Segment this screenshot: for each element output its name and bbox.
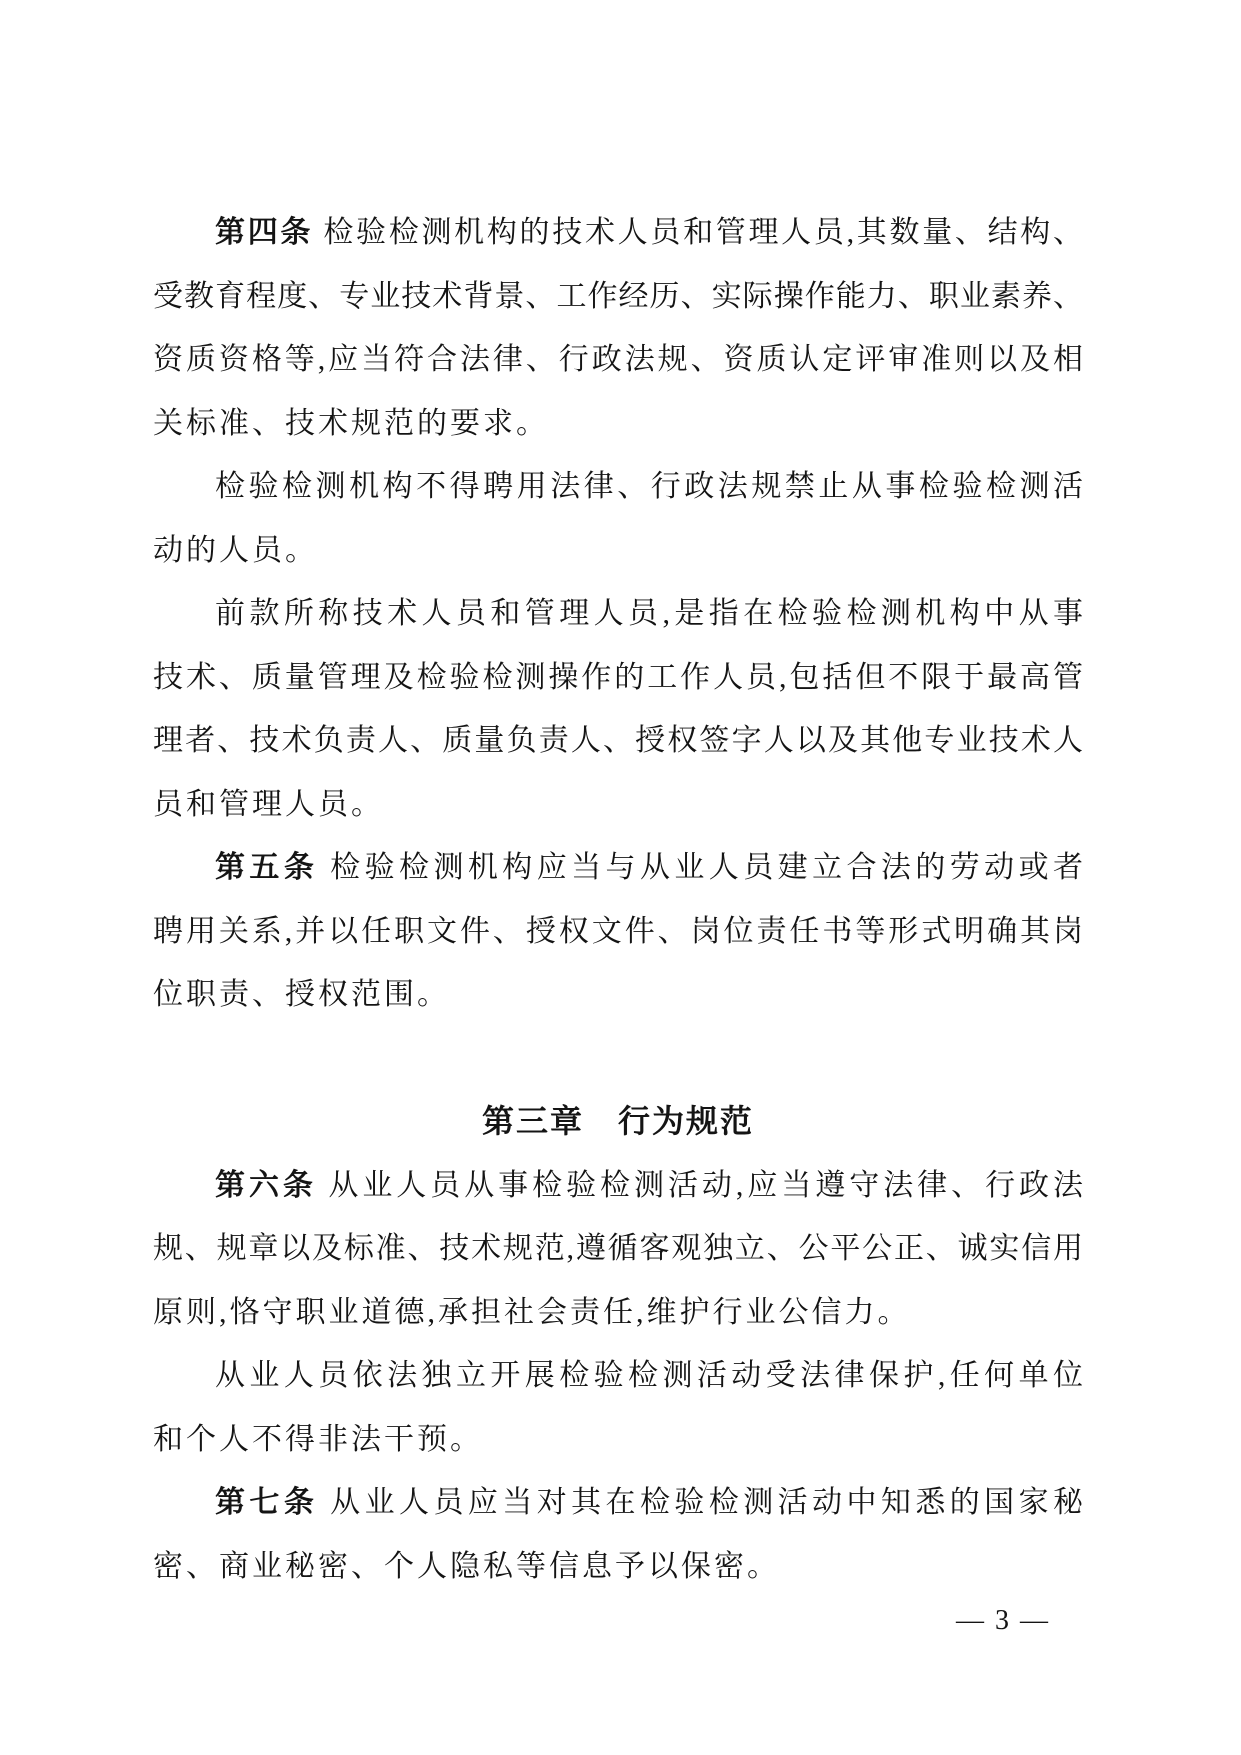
line-text: 技术、质量管理及检验检测操作的工作人员,包括但不限于最高管	[153, 661, 1083, 694]
document-line: 第四条 检验检测机构的技术人员和管理人员,其数量、结构、	[153, 201, 1083, 265]
document-line: 从业人员依法独立开展检验检测活动受法律保护,任何单位	[153, 1344, 1083, 1408]
article-number: 第六条	[215, 1169, 317, 1202]
line-text: 前款所称技术人员和管理人员,是指在检验检测机构中从事	[215, 597, 1083, 630]
article-number: 第七条	[215, 1486, 318, 1519]
document-line: 员和管理人员。	[153, 773, 1083, 837]
document-line: 资质资格等,应当符合法律、行政法规、资质认定评审准则以及相	[153, 328, 1083, 392]
line-text: 检验检测机构不得聘用法律、行政法规禁止从事检验检测活	[215, 470, 1083, 503]
line-text: 受教育程度、专业技术背景、工作经历、实际操作能力、职业素养、	[153, 280, 1083, 313]
line-text: 关标准、技术规范的要求。	[153, 407, 549, 440]
chapter-heading: 第三章 行为规范	[153, 1090, 1083, 1154]
document-line: 第六条 从业人员从事检验检测活动,应当遵守法律、行政法	[153, 1154, 1083, 1218]
line-text: 资质资格等,应当符合法律、行政法规、资质认定评审准则以及相	[153, 343, 1083, 376]
document-line: 位职责、授权范围。	[153, 963, 1083, 1027]
line-text: 密、商业秘密、个人隐私等信息予以保密。	[153, 1550, 780, 1583]
document-line: 第五条 检验检测机构应当与从业人员建立合法的劳动或者	[153, 836, 1083, 900]
document-line: 检验检测机构不得聘用法律、行政法规禁止从事检验检测活	[153, 455, 1083, 519]
line-text: 员和管理人员。	[153, 788, 384, 821]
line-text: 检验检测机构的技术人员和管理人员,其数量、结构、	[313, 216, 1083, 249]
document-line: 受教育程度、专业技术背景、工作经历、实际操作能力、职业素养、	[153, 265, 1083, 329]
document-line: 第七条 从业人员应当对其在检验检测活动中知悉的国家秘	[153, 1471, 1083, 1535]
document-line: 规、规章以及标准、技术规范,遵循客观独立、公平公正、诚实信用	[153, 1217, 1083, 1281]
line-text: 聘用关系,并以任职文件、授权文件、岗位责任书等形式明确其岗	[153, 915, 1083, 948]
document-page: 第四条 检验检测机构的技术人员和管理人员,其数量、结构、 受教育程度、专业技术背…	[0, 0, 1241, 1755]
line-text: 位职责、授权范围。	[153, 978, 450, 1011]
document-line: 聘用关系,并以任职文件、授权文件、岗位责任书等形式明确其岗	[153, 900, 1083, 964]
document-line: 和个人不得非法干预。	[153, 1408, 1083, 1472]
line-text: 检验检测机构应当与从业人员建立合法的劳动或者	[318, 851, 1083, 884]
line-text: 和个人不得非法干预。	[153, 1423, 483, 1456]
document-line: 理者、技术负责人、质量负责人、授权签字人以及其他专业技术人	[153, 709, 1083, 773]
line-text: 理者、技术负责人、质量负责人、授权签字人以及其他专业技术人	[153, 724, 1083, 757]
line-text: 从业人员应当对其在检验检测活动中知悉的国家秘	[318, 1486, 1083, 1519]
document-body: 第四条 检验检测机构的技术人员和管理人员,其数量、结构、 受教育程度、专业技术背…	[153, 201, 1083, 1598]
page-number: — 3 —	[956, 1600, 1050, 1642]
document-line: 密、商业秘密、个人隐私等信息予以保密。	[153, 1535, 1083, 1599]
document-line: 技术、质量管理及检验检测操作的工作人员,包括但不限于最高管	[153, 646, 1083, 710]
line-text: 动的人员。	[153, 534, 318, 567]
document-line: 关标准、技术规范的要求。	[153, 392, 1083, 456]
document-line: 原则,恪守职业道德,承担社会责任,维护行业公信力。	[153, 1281, 1083, 1345]
line-text: 原则,恪守职业道德,承担社会责任,维护行业公信力。	[153, 1296, 911, 1329]
document-line: 动的人员。	[153, 519, 1083, 583]
article-number: 第五条	[215, 851, 318, 884]
line-text: 从业人员从事检验检测活动,应当遵守法律、行政法	[317, 1169, 1083, 1202]
line-text: 规、规章以及标准、技术规范,遵循客观独立、公平公正、诚实信用	[153, 1232, 1083, 1265]
document-line: 前款所称技术人员和管理人员,是指在检验检测机构中从事	[153, 582, 1083, 646]
line-text: 从业人员依法独立开展检验检测活动受法律保护,任何单位	[215, 1359, 1083, 1392]
article-number: 第四条	[215, 216, 313, 249]
